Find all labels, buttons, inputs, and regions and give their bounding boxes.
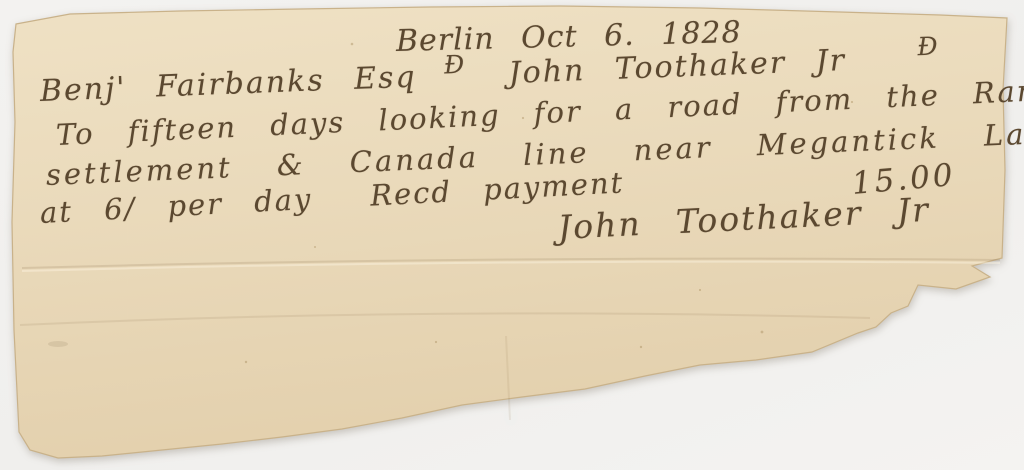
paper-smudge [48,341,68,347]
debit-mark: Đ [444,50,467,80]
scan-background: Berlin Oct 6. 1828 Benj' Fairbanks EsqĐJ… [0,0,1024,470]
debit-mark: Đ [917,31,940,61]
